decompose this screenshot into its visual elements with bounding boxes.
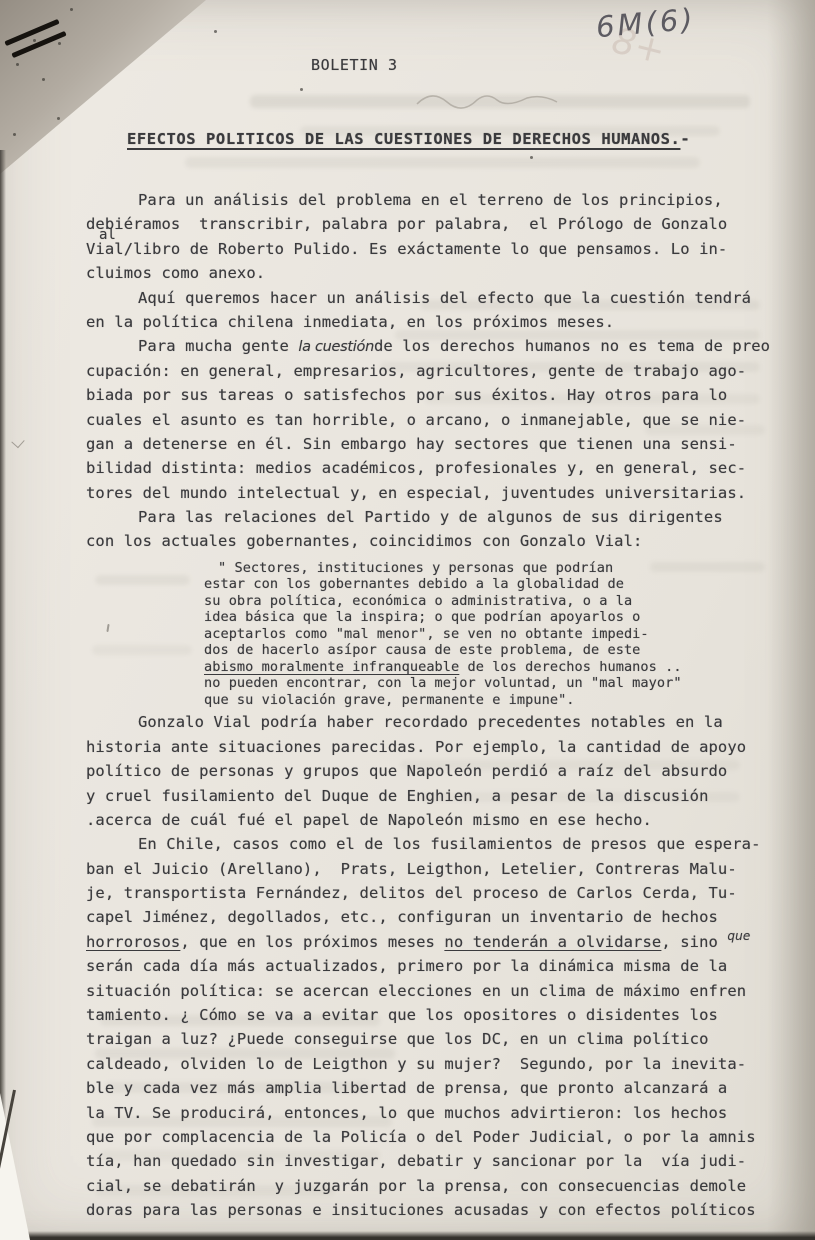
underlined-text: abismo moralmente infranqueable [204, 659, 459, 675]
handwritten-insertion: la cuestión [298, 339, 374, 355]
typed-line: .acerca de cuál fué el papel de Napoleón… [86, 808, 786, 832]
typed-line: dos de hacerlo asípor causa de este prob… [204, 642, 786, 659]
typed-line: Para un análisis del problema en el terr… [86, 188, 786, 212]
page-edge-bottom [0, 1231, 815, 1240]
typed-line: la TV. Se producirá, entonces, lo que mu… [86, 1101, 786, 1125]
page-edge-left [0, 150, 6, 1240]
interlinear-insertion: al [99, 227, 116, 243]
ink-speck [70, 8, 73, 11]
typed-line: gan a detenerse en él. Sin embargo hay s… [86, 432, 786, 456]
typed-line: biada por sus tareas o satisfechos por s… [86, 383, 786, 407]
paragraph: Gonzalo Vial podría haber recordado prec… [86, 710, 786, 832]
document-title-text: EFECTOS POLITICOS DE LAS CUESTIONES DE D… [127, 130, 680, 148]
typed-line: doras para las personas e insituciones a… [86, 1198, 786, 1222]
typed-line: Gonzalo Vial podría haber recordado prec… [86, 710, 786, 734]
handwritten-code: 6M(6) [595, 2, 697, 45]
typed-line: que por complacencia de la Policía o del… [86, 1125, 786, 1149]
typed-line: político de personas y grupos que Napole… [86, 759, 786, 783]
typed-line: idea básica que la inspira; o que podría… [204, 609, 786, 626]
typed-line: historia ante situaciones parecidas. Por… [86, 735, 786, 759]
typed-line: estar con los gobernantes debido a la gl… [204, 576, 786, 593]
underlined-text: no tenderán a olvidarse [444, 933, 661, 951]
typed-line: debiéramos transcribir, palabra por pala… [86, 212, 786, 236]
typed-line: cluimos como anexo. [86, 261, 786, 285]
paragraph: Para mucha gente la cuestiónde los derec… [86, 334, 786, 505]
typed-line: Aquí queremos hacer un análisis del efec… [86, 286, 786, 310]
typed-line: su obra política, económica o administra… [204, 593, 786, 610]
handwritten-insertion: que [727, 929, 750, 943]
paragraph: Para las relaciones del Partido y de alg… [86, 505, 786, 554]
ink-speck [300, 88, 303, 91]
typed-line: je, transportista Fernández, delitos del… [86, 881, 786, 905]
typed-line: serán cada día más actualizados, primero… [86, 954, 786, 978]
typed-line: que su violación grave, permanente e imp… [204, 692, 786, 709]
typed-line: aceptarlos como "mal menor", se ven no o… [204, 626, 786, 643]
typed-line: en la política chilena inmediata, en los… [86, 310, 786, 334]
block-quote: " Sectores, instituciones y personas que… [204, 560, 786, 709]
ink-speck [42, 78, 45, 81]
pencil-tick [11, 435, 24, 448]
bleed-through-smudge [185, 157, 700, 168]
typed-line: abismo moralmente infranqueable de los d… [204, 659, 786, 676]
ink-speck [530, 156, 533, 159]
typed-body: Para un análisis del problema en el terr… [86, 188, 786, 1223]
document-title-suffix: - [680, 130, 690, 148]
typed-line: situación política: se acercan eleccione… [86, 979, 786, 1003]
typed-line: caldeado, olviden lo de Leigthon y su mu… [86, 1052, 786, 1076]
ink-speck [13, 133, 16, 136]
typed-line: Vial/libro de Roberto Pulido. Es exáctam… [86, 237, 786, 261]
ink-speck [58, 42, 61, 45]
typed-line: En Chile, casos como el de los fusilamie… [86, 832, 786, 856]
document-title: EFECTOS POLITICOS DE LAS CUESTIONES DE D… [127, 130, 690, 148]
underlined-text: horrorosos [86, 933, 180, 951]
typed-line: y cruel fusilamiento del Duque de Enghie… [86, 784, 786, 808]
typed-line: Para las relaciones del Partido y de alg… [86, 505, 786, 529]
typed-line: tores del mundo intelectual y, en especi… [86, 481, 786, 505]
ink-speck [57, 117, 60, 120]
typed-line: Para mucha gente la cuestiónde los derec… [86, 334, 786, 358]
typed-line: no pueden encontrar, con la mejor volunt… [204, 675, 786, 692]
paragraph: Para un análisis del problema en el terr… [86, 188, 786, 286]
typed-line: tía, han quedado sin investigar, debatir… [86, 1149, 786, 1173]
typed-line: " Sectores, instituciones y personas que… [204, 560, 786, 577]
handwriting-ghost [412, 84, 562, 118]
typed-line: cuales el asunto es tan horrible, o arca… [86, 408, 786, 432]
typed-line: traigan a luz? ¿Puede conseguirse que lo… [86, 1027, 786, 1051]
typed-line: tamiento. ¿ Cómo se va a evitar que los … [86, 1003, 786, 1027]
typed-line: bilidad distinta: medios académicos, pro… [86, 456, 786, 480]
paragraph: En Chile, casos como el de los fusilamie… [86, 832, 786, 1222]
typed-line: cupación: en general, empresarios, agric… [86, 359, 786, 383]
typed-line: capel Jiménez, degollados, etc., configu… [86, 905, 786, 929]
typed-line: cial, se debatirán y juzgarán por la pre… [86, 1174, 786, 1198]
ink-speck [214, 30, 217, 33]
paragraph: Aquí queremos hacer un análisis del efec… [86, 286, 786, 335]
typed-line: ble y cada vez más amplia libertad de pr… [86, 1076, 786, 1100]
page-corner-sliver [0, 1093, 30, 1240]
typed-line: horrorosos, que en los próximos meses no… [86, 930, 786, 954]
typed-line: con los actuales gobernantes, coincidimo… [86, 529, 786, 553]
ink-speck [16, 63, 19, 66]
scanned-document-page: 6M(6) RRM 8+ BOLETIN 3 EFECTOS POLITICOS… [0, 0, 815, 1240]
typed-line: ban el Juicio (Arellano), Prats, Leigtho… [86, 857, 786, 881]
ink-speck [33, 39, 36, 42]
bulletin-header: BOLETIN 3 [311, 56, 398, 74]
